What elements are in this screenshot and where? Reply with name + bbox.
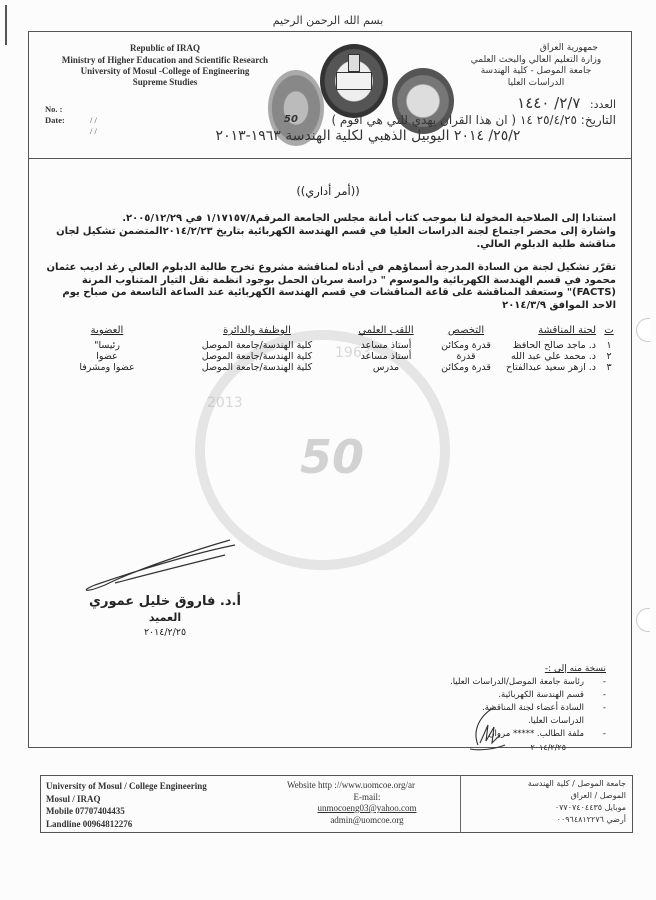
basmala: بسم الله الرحمن الرحيم — [0, 14, 656, 27]
cell-membership: رئيسا" — [42, 340, 172, 351]
reference-date-label: التاريخ: — [581, 113, 616, 127]
cell-no: ٢ — [602, 351, 616, 362]
footer-email-yahoo: unmocoeng03@yahoo.com — [282, 803, 452, 815]
cell-specialty: قدرة ومكائن — [430, 340, 502, 351]
committee-table: ت لجنة المناقشة التخصص اللقب العلمي الوظ… — [41, 324, 616, 373]
copy-recipient: رئاسة جامعة الموصل/الدراسات العليا. — [406, 676, 606, 689]
letterhead-ar-ministry: وزارة التعليم العالي والبحث العلمي — [456, 55, 616, 67]
date-placeholder: / / / / — [90, 115, 120, 137]
punch-hole-mark — [636, 318, 650, 342]
footer-ar-mobile: موبايل ٠٧٧٠٧٤٠٤٤٣٥ — [486, 802, 626, 814]
letterhead-department: Supreme Studies — [50, 77, 280, 88]
footer-arabic: جامعة الموصل / كلية الهندسة الموصل / الع… — [486, 778, 626, 826]
jubilee-text: اليوبيل الذهبي لكلية الهندسة ١٩٦٣-٢٠١٣ — [216, 128, 450, 144]
dean-signature-icon — [75, 535, 245, 595]
cell-rank: مدرس — [342, 362, 430, 373]
table-row: ٢ د. محمد علي عبد الله قدرة أستاذ مساعد … — [41, 351, 616, 362]
cell-name: د. محمد علي عبد الله — [502, 351, 602, 362]
committee-table-header: ت لجنة المناقشة التخصص اللقب العلمي الوظ… — [41, 324, 616, 340]
letterhead-university: University of Mosul -College of Engineer… — [50, 66, 280, 77]
copies-heading: نسخة منه إلى :- — [406, 663, 606, 676]
letterhead-ministry: Ministry of Higher Education and Scienti… — [50, 55, 280, 66]
letterhead-arabic: جمهورية العراق وزارة التعليم العالي والب… — [456, 43, 616, 89]
number-date-fields: No. : Date: / / / / — [45, 104, 65, 126]
letterhead-ar-republic: جمهورية العراق — [456, 43, 616, 55]
date-slashes-2: / / — [90, 126, 120, 137]
reference-number-value: ٢/٧/ ١٤٤٠ — [517, 94, 580, 112]
quran-quote: ( ان هذا القران يهدي للتي هي اقوم ) — [331, 113, 516, 127]
signature-date: ٢٠١٤/٢/٢٥ — [80, 626, 250, 639]
header-no: ت — [604, 325, 613, 336]
dean-role: العميد — [80, 610, 250, 626]
reference-block: العدد: ٢/٧/ ١٤٤٠ التاريخ: ٢٥/٤/٢٥ ١٤ ( ا… — [168, 96, 628, 144]
letterhead-ar-university: جامعة الموصل - كلية الهندسة — [456, 66, 616, 78]
header-membership: العضوية — [91, 325, 124, 336]
footer-email-label: E-mail: — [282, 792, 452, 804]
footer-divider — [460, 775, 461, 833]
footer-contact: Website http ://www.uomcoe.org/ar E-mail… — [282, 780, 452, 826]
reference-number: العدد: ٢/٧/ ١٤٤٠ — [168, 96, 628, 112]
cell-specialty: قدرة ومكائن — [430, 362, 502, 373]
reference-date-value: ٢٥/٤/٢٥ ١٤ — [520, 113, 577, 127]
copy-recipient: قسم الهندسة الكهربائية. — [406, 689, 606, 702]
cell-position: كلية الهندسة/جامعة الموصل — [172, 362, 342, 373]
cell-no: ٣ — [602, 362, 616, 373]
footer-mobile: Mobile 07707404435 — [46, 805, 207, 818]
paragraph-decision: تقرّر تشكيل لجنة من السادة المدرجة أسماؤ… — [36, 262, 616, 312]
tower-glyph — [348, 54, 360, 72]
cell-rank: أستاذ مساعد — [342, 340, 430, 351]
date-slashes-1: / / — [90, 115, 120, 126]
paragraph-authority: استنادا إلى الصلاحية المخولة لنا بموجب ك… — [36, 213, 616, 226]
footer-landline: Landline 00964812276 — [46, 818, 207, 831]
watermark-year-end: 2013 — [207, 395, 243, 411]
footer-institution: University of Mosul / College Engineerin… — [46, 780, 207, 793]
date-label: Date: — [45, 115, 65, 126]
cell-specialty: قدرة — [430, 351, 502, 362]
footer-ar-city: الموصل / العراق — [486, 790, 626, 802]
punch-hole-mark — [636, 608, 650, 632]
reference-number-label: العدد: — [590, 98, 616, 111]
cell-position: كلية الهندسة/جامعة الموصل — [172, 340, 342, 351]
table-row: ١ د. ماجد صالح الحافظ قدرة ومكائن أستاذ … — [41, 340, 616, 351]
footer-ar-institution: جامعة الموصل / كلية الهندسة — [486, 778, 626, 790]
open-book-glyph — [336, 72, 372, 90]
header-position: الوظيفة والدائرة — [223, 325, 291, 336]
letterhead-republic: Republic of IRAQ — [50, 43, 280, 54]
footer-city: Mosul / IRAQ — [46, 793, 207, 806]
header-rank: اللقب العلمي — [358, 325, 413, 336]
cell-name: د. ازهر سعيد عبدالفتاح — [502, 362, 602, 373]
cell-position: كلية الهندسة/جامعة الموصل — [172, 351, 342, 362]
footer-english: University of Mosul / College Engineerin… — [46, 780, 207, 830]
footer-ar-landline: أرضي ٠٠٩٦٤٨١٢٢٧٦ — [486, 814, 626, 826]
dean-name: أ.د. فاروق خليل عموري — [80, 593, 250, 610]
cell-rank: أستاذ مساعد — [342, 351, 430, 362]
cell-membership: عضوا ومشرفا — [42, 362, 172, 373]
jubilee-date: ٢٥/٢/ ٢٠١٤ — [454, 128, 521, 144]
letterhead-ar-department: الدراسات العليا — [456, 78, 616, 90]
signature-block: أ.د. فاروق خليل عموري العميد ٢٠١٤/٢/٢٥ — [80, 593, 250, 639]
document-title: ((أمر أداري)) — [0, 184, 656, 198]
cell-membership: عضوا — [42, 351, 172, 362]
reference-date: التاريخ: ٢٥/٤/٢٥ ١٤ ( ان هذا القران يهدي… — [168, 112, 628, 128]
initials-signature-icon — [460, 705, 510, 753]
footer-website: Website http ://www.uomcoe.org/ar — [282, 780, 452, 792]
letterhead-english: Republic of IRAQ Ministry of Higher Educ… — [50, 43, 280, 88]
scanned-document-page: بسم الله الرحمن الرحيم Republic of IRAQ … — [0, 0, 656, 900]
header-name: لجنة المناقشة — [538, 325, 596, 336]
header-specialty: التخصص — [448, 325, 484, 336]
jubilee-line: ٢٥/٢/ ٢٠١٤ اليوبيل الذهبي لكلية الهندسة … — [168, 128, 628, 144]
table-row: ٣ د. ازهر سعيد عبدالفتاح قدرة ومكائن مدر… — [41, 362, 616, 373]
watermark-fifty: 50 — [300, 430, 364, 484]
paragraph-reference: واشارة إلى محضر اجتماع لجنة الدراسات الع… — [36, 226, 616, 251]
number-label: No. : — [45, 104, 65, 115]
footer-email-admin: admin@uomcoe.org — [282, 815, 452, 827]
cell-no: ١ — [602, 340, 616, 351]
cell-name: د. ماجد صالح الحافظ — [502, 340, 602, 351]
